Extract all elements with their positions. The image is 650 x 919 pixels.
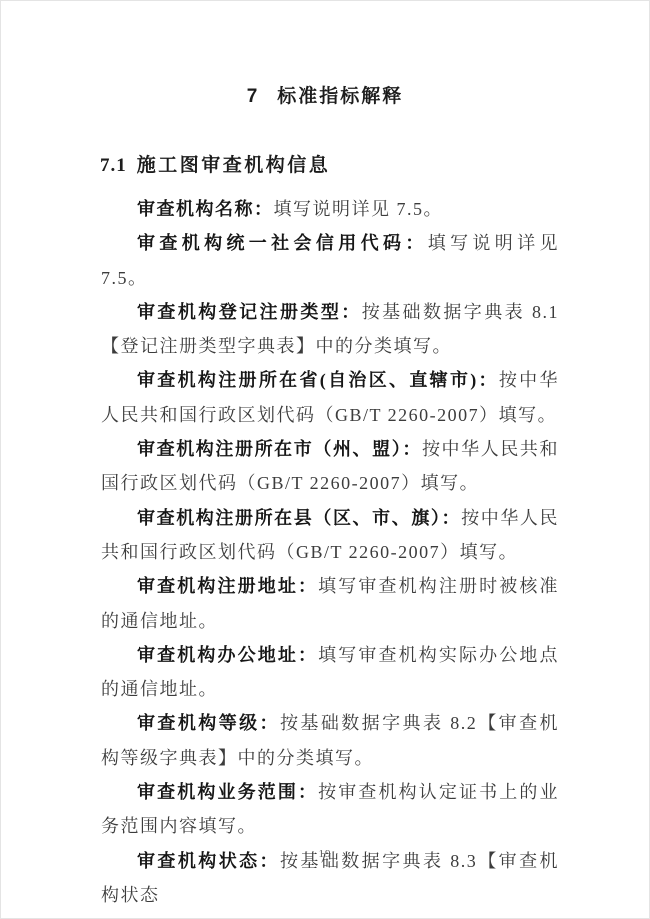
paragraph: 审查机构注册所在县（区、市、旗）：按中华人民共和国行政区划代码（GB/T 226… (101, 501, 559, 570)
section-title-text: 施工图审查机构信息 (137, 155, 331, 176)
paragraph-term: 审查机构办公地址： (137, 645, 318, 665)
paragraph-term: 审查机构统一社会信用代码： (137, 233, 428, 253)
chapter-title-text: 标准指标解释 (277, 86, 403, 107)
paragraph: 审查机构注册所在市（州、盟）：按中华人民共和国行政区划代码（GB/T 2260-… (101, 432, 559, 501)
page-number: 19 (1, 848, 649, 860)
chapter-title: 7标准指标解释 (1, 81, 649, 108)
chapter-number: 7 (247, 86, 260, 107)
paragraph: 审查机构登记注册类型：按基础数据字典表 8.1【登记注册类型字典表】中的分类填写… (101, 295, 559, 364)
paragraph: 审查机构名称：填写说明详见 7.5。 (101, 192, 559, 226)
paragraph-term: 审查机构注册所在省(自治区、直辖市)： (137, 370, 499, 390)
paragraph-term: 审查机构业务范围： (137, 782, 318, 802)
paragraph: 审查机构统一社会信用代码：填写说明详见 7.5。 (101, 226, 559, 295)
paragraph-term: 审查机构登记注册类型： (137, 302, 362, 322)
paragraph-term: 审查机构注册所在县（区、市、旗）： (137, 508, 461, 528)
document-body: 审查机构名称：填写说明详见 7.5。 审查机构统一社会信用代码：填写说明详见 7… (101, 192, 559, 912)
paragraph: 审查机构业务范围：按审查机构认定证书上的业务范围内容填写。 (101, 775, 559, 844)
paragraph-term: 审查机构注册所在市（州、盟）： (137, 439, 422, 459)
document-page: 7标准指标解释 7.1施工图审查机构信息 审查机构名称：填写说明详见 7.5。 … (0, 0, 650, 919)
paragraph: 审查机构办公地址：填写审查机构实际办公地点的通信地址。 (101, 638, 559, 707)
paragraph-term: 审查机构注册地址： (137, 576, 318, 596)
paragraph-text: 填写说明详见 7.5。 (274, 199, 444, 219)
section-heading: 7.1施工图审查机构信息 (100, 150, 330, 177)
paragraph-term: 审查机构等级： (137, 713, 280, 733)
paragraph-term: 审查机构名称： (137, 199, 274, 219)
paragraph: 审查机构注册地址：填写审查机构注册时被核准的通信地址。 (101, 569, 559, 638)
paragraph: 审查机构注册所在省(自治区、直辖市)：按中华人民共和国行政区划代码（GB/T 2… (101, 363, 559, 432)
section-number: 7.1 (100, 155, 127, 176)
paragraph: 审查机构等级：按基础数据字典表 8.2【审查机构等级字典表】中的分类填写。 (101, 706, 559, 775)
